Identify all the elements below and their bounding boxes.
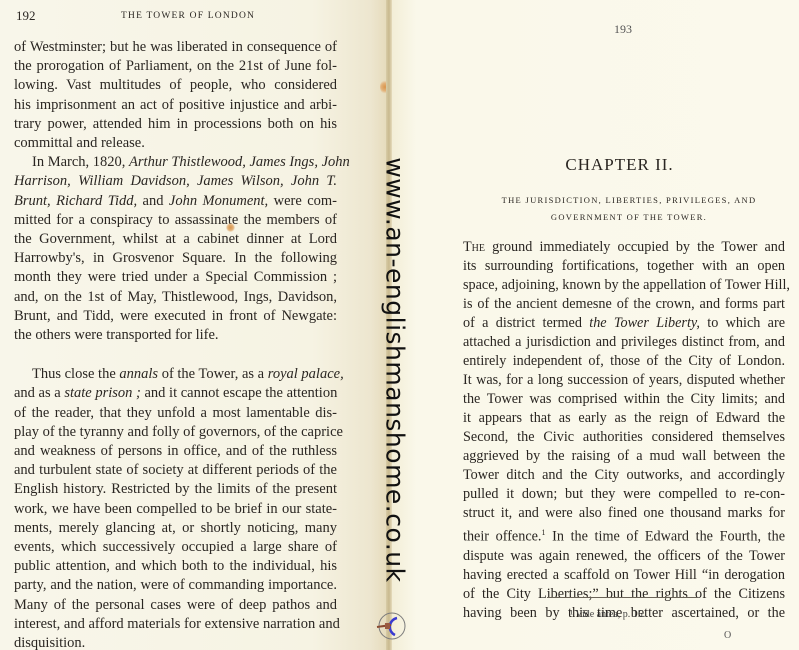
text-line: public attention, and which both to the … [14,557,337,576]
text-line: pulled it down; but they were compelled … [463,485,785,504]
text-line: the prorogation of Parliament, on the 21… [14,57,337,76]
text-line: of a district termed the Tower Liberty, … [463,314,785,333]
text-line: their offence.1 In the time of Edward th… [463,523,785,547]
text-line: play of the tyranny and folly of governo… [14,423,337,442]
book-spread: 192 THE TOWER OF LONDON of Westminster; … [0,0,799,650]
text-line: the others were transported for life. [14,326,337,345]
text-line: month they were tried under a Special Co… [14,268,337,287]
watermark: www.an-englishmanshome.co.uk [370,160,420,580]
running-head: 192 THE TOWER OF LONDON [16,8,346,28]
text-line: Many of the personal cases were of deep … [14,596,337,615]
text-line: aggrieved by the raising of a mud wall b… [463,447,785,466]
watermark-text: www.an-englishmanshome.co.uk [381,157,410,582]
text-line: The ground immediately occupied by the T… [463,238,785,257]
text-line: ments, merely glancing at, or shortly no… [14,519,337,538]
text-line: Harrison, William Davidson, James Wilson… [14,172,337,191]
text-line: English history. Restricted by the limit… [14,480,337,499]
left-page-body: of Westminster; but he was liberated in … [14,38,337,650]
drop-word: The [463,239,485,255]
paragraph: of Westminster; but he was liberated in … [14,38,337,153]
text-line: Tower ditch and the City outworks, and a… [463,466,785,485]
text-line: its surrounding fortifications, together… [463,257,785,276]
text-line: the Government, whilst at a cabinet dinn… [14,230,337,249]
paragraph: Thus close the annals of the Tower, as a… [14,365,337,650]
text-line: entirely independent of, those of the Ci… [463,352,785,371]
text-line: of the City Liberties;” but the rights o… [463,585,785,604]
text-line: work, we have been compelled to be brief… [14,500,337,519]
text-line: and weakness of persons in office, and o… [14,442,337,461]
footnote-divider [547,597,697,598]
text-line: dispute was again renewed, the officers … [463,547,785,566]
text-line: committal and release. [14,134,337,153]
running-title: THE TOWER OF LONDON [121,11,255,21]
text-line: trary power, attended him in processions… [14,115,337,134]
text-line: having erected a scaffold on Tower Hill … [463,566,785,585]
text-line: events, which successively occupied a la… [14,538,337,557]
text-line: Brunt, Richard Tidd, and John Monument, … [14,192,337,211]
paper-stain [226,223,235,232]
text-line: attached a jurisdiction and privileges d… [463,333,785,352]
right-page-body: The ground immediately occupied by the T… [463,238,785,623]
paragraph: In March, 1820, Arthur Thistlewood, Jame… [14,153,337,345]
chapter-subtitle: THE JURISDICTION, LIBERTIES, PRIVILEGES,… [478,192,780,226]
text-line: is of the ancient demesne of the crown, … [463,295,785,314]
text-line: In March, 1820, Arthur Thistlewood, Jame… [14,153,337,172]
page-number: 193 [614,22,632,37]
footnote: ¹ Vide antea, p. 15. [570,609,645,620]
text-line: it appears that as early as the reign of… [463,409,785,428]
text-line: Thus close the annals of the Tower, as a… [14,365,337,384]
text-line: and as a state prison ; and it cannot es… [14,384,337,403]
text-line: Second, the Civic authorities considered… [463,428,785,447]
text-line: struct it, and were also fined one thous… [463,504,785,523]
text-line: and, on the 1st of May, Thistlewood, Ing… [14,288,337,307]
text-line: mitted for a conspiracy to assassinate t… [14,211,337,230]
quill-circle-logo-icon [375,610,407,642]
text-line: of the reader, that they unfold a most l… [14,404,337,423]
text-line: lowing. Vast multitudes of people, who c… [14,76,337,95]
page-number: 192 [16,8,36,24]
text-line: his imprisonment an act of positive inju… [14,96,337,115]
text-line: of Westminster; but he was liberated in … [14,38,337,57]
text-line: the Tower was comprised within the City … [463,390,785,409]
text-line: and turbulent state of society at differ… [14,461,337,480]
signature-mark: O [724,630,731,641]
text-line: Harrowby's, in Grosvenor Square. In the … [14,249,337,268]
text-line: space, adjoining, known by the appellati… [463,276,785,295]
text-line: interest, and afford materials for exten… [14,615,337,634]
chapter-title: CHAPTER II. [440,155,799,175]
left-page: 192 THE TOWER OF LONDON of Westminster; … [0,0,390,650]
text-line: Brunt, and Tidd, were executed in front … [14,307,337,326]
text-line: disquisition. [14,634,337,650]
text-line: It was, for a long succession of years, … [463,371,785,390]
text-line: party, and the nation, were of commandin… [14,576,337,595]
